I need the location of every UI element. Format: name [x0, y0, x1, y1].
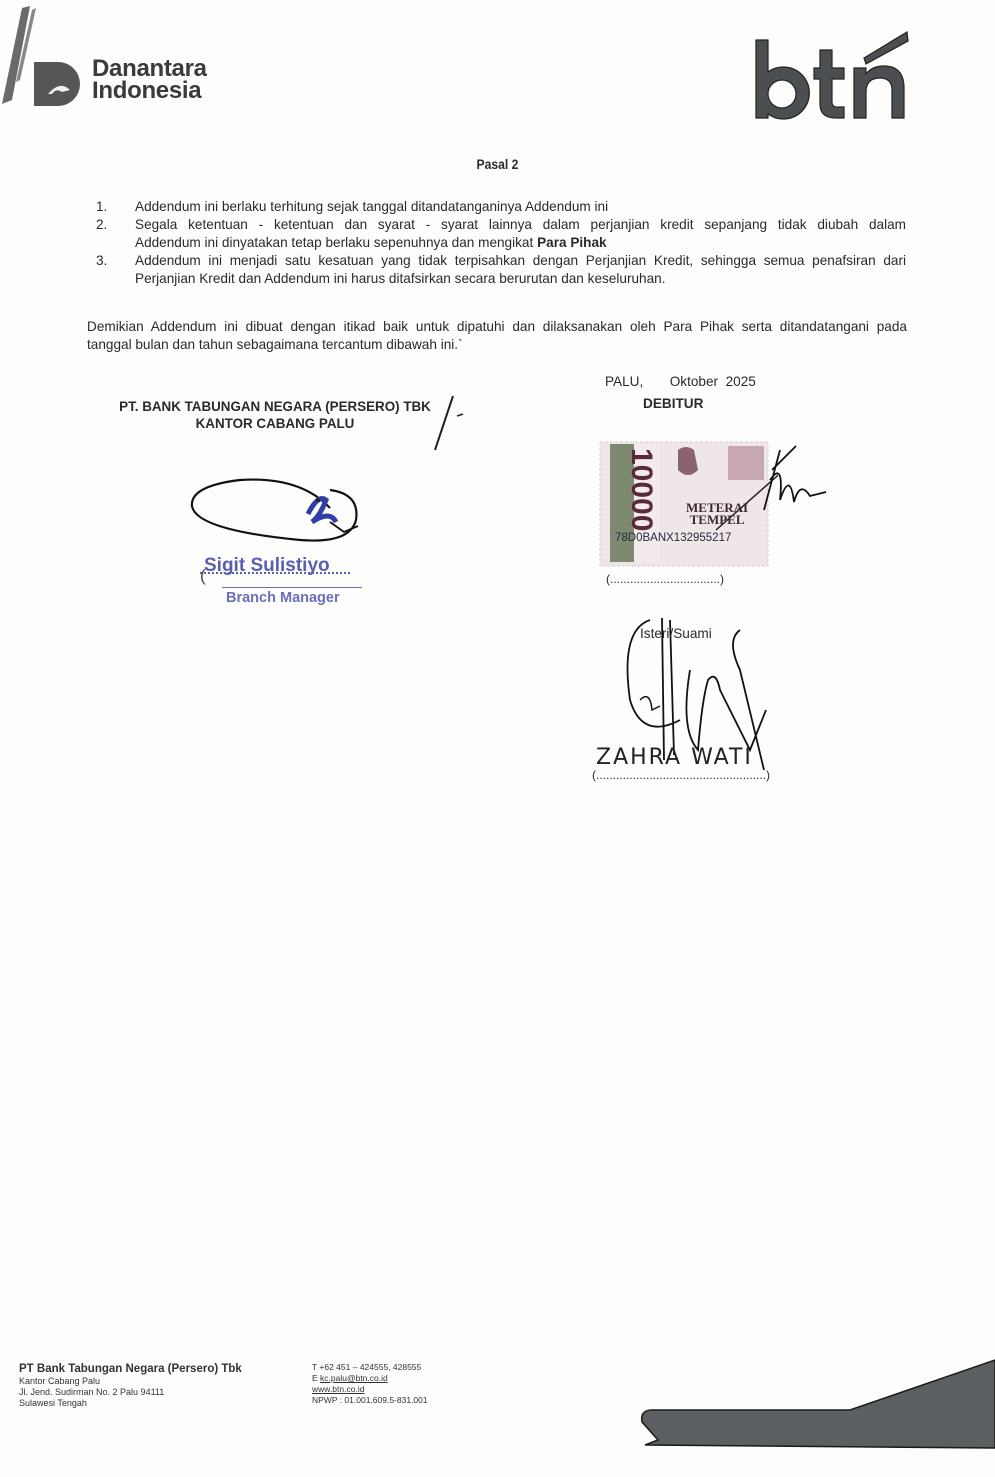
spouse-name-blank: (.......................................…	[592, 768, 770, 782]
list-item: 1. Addendum ini berlaku terhitung sejak …	[96, 198, 906, 216]
spouse-label: Isteri/Suami	[640, 626, 712, 641]
article-list: 1. Addendum ini berlaku terhitung sejak …	[96, 198, 906, 288]
signer-dotted-line	[200, 572, 350, 574]
footer-ribbon-decoration	[620, 1330, 995, 1477]
footer-email-link[interactable]: kc.palu@btn.co.id	[320, 1373, 388, 1383]
spouse-name-handwritten: ZAHRA WATI	[596, 745, 753, 770]
stamp-serial: 78D0BANX132955217	[615, 532, 731, 544]
item-text-line2: Addendum ini dinyatakan tetap berlaku se…	[135, 235, 537, 250]
footer-branch: Kantor Cabang Palu	[19, 1376, 242, 1387]
list-item: 3. Addendum ini menjadi satu kesatuan ya…	[96, 252, 906, 288]
para-pihak-bold: Para Pihak	[537, 235, 607, 250]
footer-address: PT Bank Tabungan Negara (Persero) Tbk Ka…	[19, 1362, 242, 1409]
footer-street: Jl. Jend. Sudirman No. 2 Palu 94111	[19, 1387, 242, 1398]
closing-paragraph: Demikian Addendum ini dibuat dengan itik…	[87, 318, 907, 354]
bank-signatory-heading: PT. BANK TABUNGAN NEGARA (PERSERO) TBK K…	[90, 398, 460, 432]
bank-name-line: PT. BANK TABUNGAN NEGARA (PERSERO) TBK	[90, 398, 460, 415]
debtor-signature	[750, 440, 830, 520]
place-date: PALU, Oktober 2025	[605, 374, 756, 389]
logo-line2: Indonesia	[92, 80, 207, 102]
closing-line1: Demikian Addendum ini dibuat dengan itik…	[87, 318, 907, 336]
footer-phone: T +62 451 – 424555, 428555	[312, 1362, 428, 1373]
item-text: Addendum ini menjadi satu kesatuan yang …	[135, 252, 906, 288]
footer-npwp: NPWP : 01.001.609.5-831.001	[312, 1395, 428, 1406]
danantara-d-icon	[34, 60, 84, 108]
item-number: 3.	[96, 252, 135, 288]
item-text: Addendum ini berlaku terhitung sejak tan…	[135, 198, 906, 216]
debtor-label: DEBITUR	[643, 396, 703, 411]
meterai-label: METERAI TEMPEL	[686, 502, 748, 526]
footer-contact: T +62 451 – 424555, 428555 E kc.palu@btn…	[312, 1362, 428, 1406]
branch-name-line: KANTOR CABANG PALU	[90, 415, 460, 432]
closing-line2: tanggal bulan dan tahun sebagaimana terc…	[87, 337, 463, 352]
btn-logo	[752, 28, 922, 123]
footer-website-link[interactable]: www.btn.co.id	[312, 1384, 428, 1395]
footer-company: PT Bank Tabungan Negara (Persero) Tbk	[19, 1362, 242, 1376]
initial-mark	[425, 392, 465, 454]
danantara-wordmark: Danantara Indonesia	[92, 58, 207, 102]
debtor-name-blank: (.................................)	[606, 572, 724, 586]
signer-underline	[222, 587, 362, 588]
footer-email-prefix: E	[312, 1373, 320, 1383]
article-title: Pasal 2	[50, 157, 946, 172]
item-text-line1: Segala ketentuan - ketentuan dan syarat …	[135, 216, 906, 234]
item-text: Segala ketentuan - ketentuan dan syarat …	[135, 216, 906, 252]
list-item: 2. Segala ketentuan - ketentuan dan syar…	[96, 216, 906, 252]
stamp-value: 10000	[624, 448, 658, 531]
item-number: 1.	[96, 198, 135, 216]
item-number: 2.	[96, 216, 135, 252]
meterai-line2: TEMPEL	[686, 514, 748, 526]
footer-region: Sulawesi Tengah	[19, 1398, 242, 1409]
signer-title-stamp: Branch Manager	[226, 590, 340, 606]
